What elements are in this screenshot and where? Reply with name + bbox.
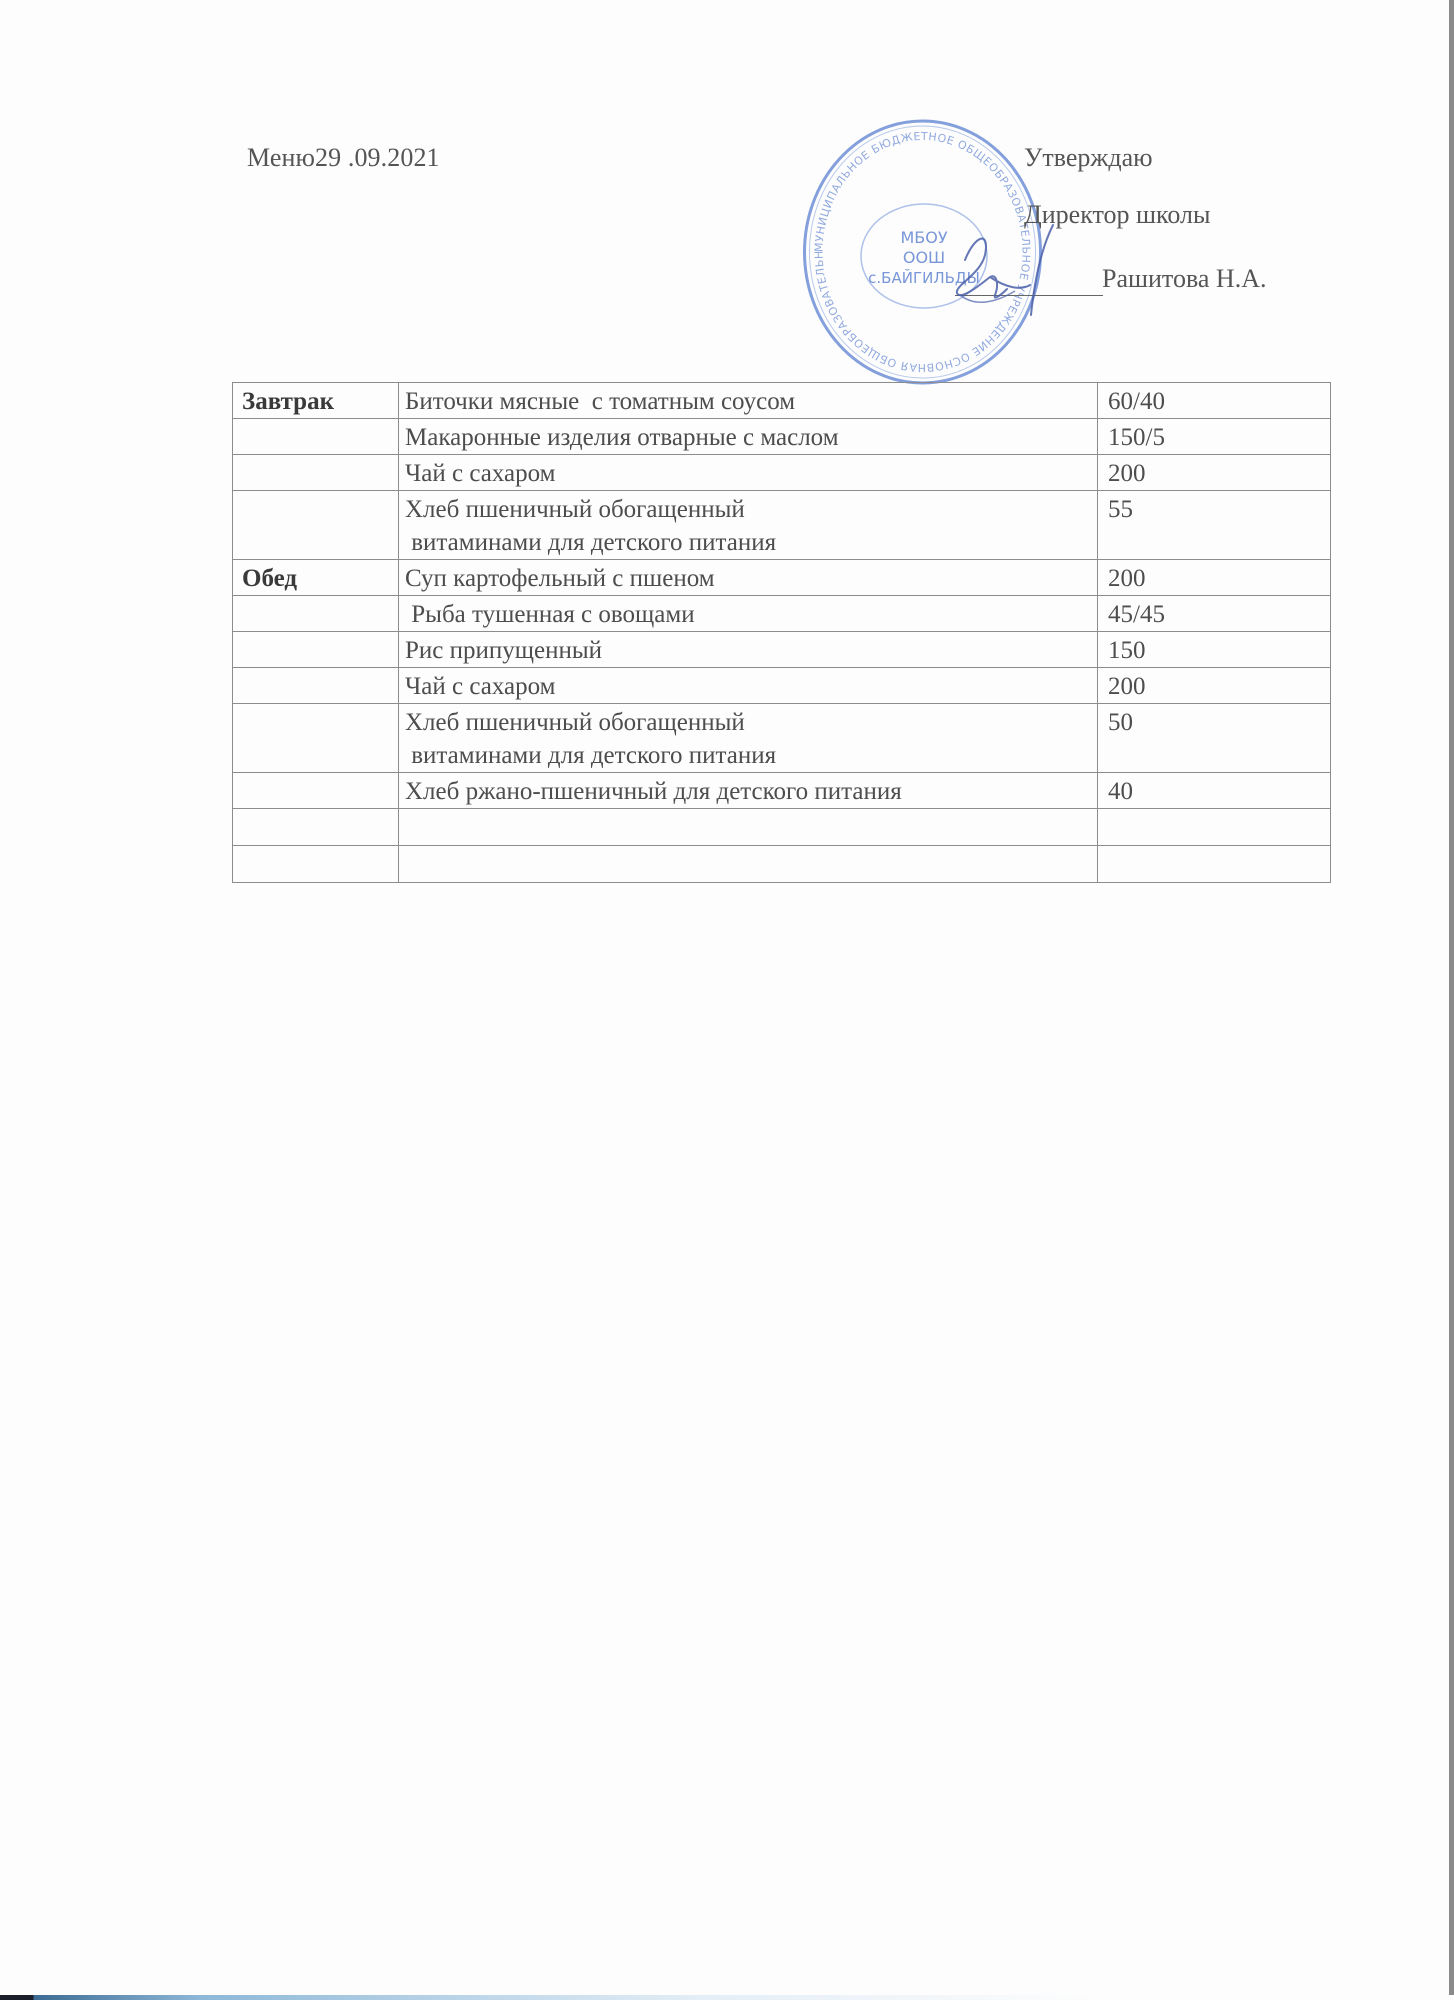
- meal-cell: Обед: [233, 560, 399, 596]
- portion-cell: 150/5: [1098, 419, 1331, 455]
- meal-cell: [233, 632, 399, 668]
- signature-icon: [935, 215, 1085, 325]
- dish-cell: Рыба тушенная с овощами: [399, 596, 1098, 632]
- table-row: Чай с сахаром200: [233, 455, 1331, 491]
- portion-cell: [1098, 809, 1331, 846]
- table-row: Хлеб пшеничный обогащенный витаминами дл…: [233, 704, 1331, 773]
- table-row: ОбедСуп картофельный с пшеном200: [233, 560, 1331, 596]
- meal-cell: [233, 846, 399, 883]
- dish-cell: Суп картофельный с пшеном: [399, 560, 1098, 596]
- menu-date-heading: Меню29 .09.2021: [247, 143, 440, 173]
- meal-cell: [233, 596, 399, 632]
- dish-cell: Чай с сахаром: [399, 668, 1098, 704]
- dish-cell: [399, 846, 1098, 883]
- dish-cell: Чай с сахаром: [399, 455, 1098, 491]
- table-row: [233, 846, 1331, 883]
- portion-cell: 200: [1098, 668, 1331, 704]
- portion-cell: 40: [1098, 773, 1331, 809]
- dish-cell: Биточки мясные с томатным соусом: [399, 383, 1098, 419]
- table-row: Хлеб пшеничный обогащенный витаминами дл…: [233, 491, 1331, 560]
- scan-bottom-edge: [0, 1995, 1454, 2000]
- dish-cell: Хлеб ржано-пшеничный для детского питани…: [399, 773, 1098, 809]
- portion-cell: 60/40: [1098, 383, 1331, 419]
- dish-cell: Рис припущенный: [399, 632, 1098, 668]
- table-row: Рыба тушенная с овощами45/45: [233, 596, 1331, 632]
- portion-cell: 200: [1098, 455, 1331, 491]
- meal-cell: [233, 704, 399, 773]
- table-row: [233, 809, 1331, 846]
- portion-cell: 45/45: [1098, 596, 1331, 632]
- dish-name: Хлеб пшеничный обогащенный: [405, 706, 1089, 739]
- dish-name: витаминами для детского питания: [405, 526, 1089, 559]
- dish-cell: Хлеб пшеничный обогащенный витаминами дл…: [399, 704, 1098, 773]
- meal-cell: [233, 455, 399, 491]
- dish-name: Суп картофельный с пшеном: [405, 562, 1089, 595]
- dish-cell: [399, 809, 1098, 846]
- dish-name: Макаронные изделия отварные с маслом: [405, 421, 1089, 454]
- meal-cell: [233, 491, 399, 560]
- dish-name: витаминами для детского питания: [405, 739, 1089, 772]
- director-name: Рашитова Н.А.: [1102, 264, 1266, 294]
- dish-name: Чай с сахаром: [405, 457, 1089, 490]
- table-row: ЗавтракБиточки мясные с томатным соусом6…: [233, 383, 1331, 419]
- table-row: Рис припущенный150: [233, 632, 1331, 668]
- dish-name: Хлеб ржано-пшеничный для детского питани…: [405, 775, 1089, 808]
- meal-cell: [233, 668, 399, 704]
- table-row: Макаронные изделия отварные с маслом150/…: [233, 419, 1331, 455]
- portion-cell: [1098, 846, 1331, 883]
- dish-name: Рис припущенный: [405, 634, 1089, 667]
- portion-cell: 150: [1098, 632, 1331, 668]
- meal-cell: [233, 419, 399, 455]
- table-row: Хлеб ржано-пшеничный для детского питани…: [233, 773, 1331, 809]
- table-row: Чай с сахаром200: [233, 668, 1331, 704]
- dish-name: Биточки мясные с томатным соусом: [405, 385, 1089, 418]
- meal-cell: [233, 773, 399, 809]
- portion-cell: 55: [1098, 491, 1331, 560]
- dish-name: Чай с сахаром: [405, 670, 1089, 703]
- approval-label: Утверждаю: [1024, 143, 1153, 173]
- portion-cell: 50: [1098, 704, 1331, 773]
- dish-name: Рыба тушенная с овощами: [405, 598, 1089, 631]
- dish-cell: Хлеб пшеничный обогащенный витаминами дл…: [399, 491, 1098, 560]
- scan-right-edge: [1449, 0, 1454, 2000]
- portion-cell: 200: [1098, 560, 1331, 596]
- dish-name: Хлеб пшеничный обогащенный: [405, 493, 1089, 526]
- menu-table: ЗавтракБиточки мясные с томатным соусом6…: [232, 382, 1331, 883]
- dish-cell: Макаронные изделия отварные с маслом: [399, 419, 1098, 455]
- meal-cell: [233, 809, 399, 846]
- meal-cell: Завтрак: [233, 383, 399, 419]
